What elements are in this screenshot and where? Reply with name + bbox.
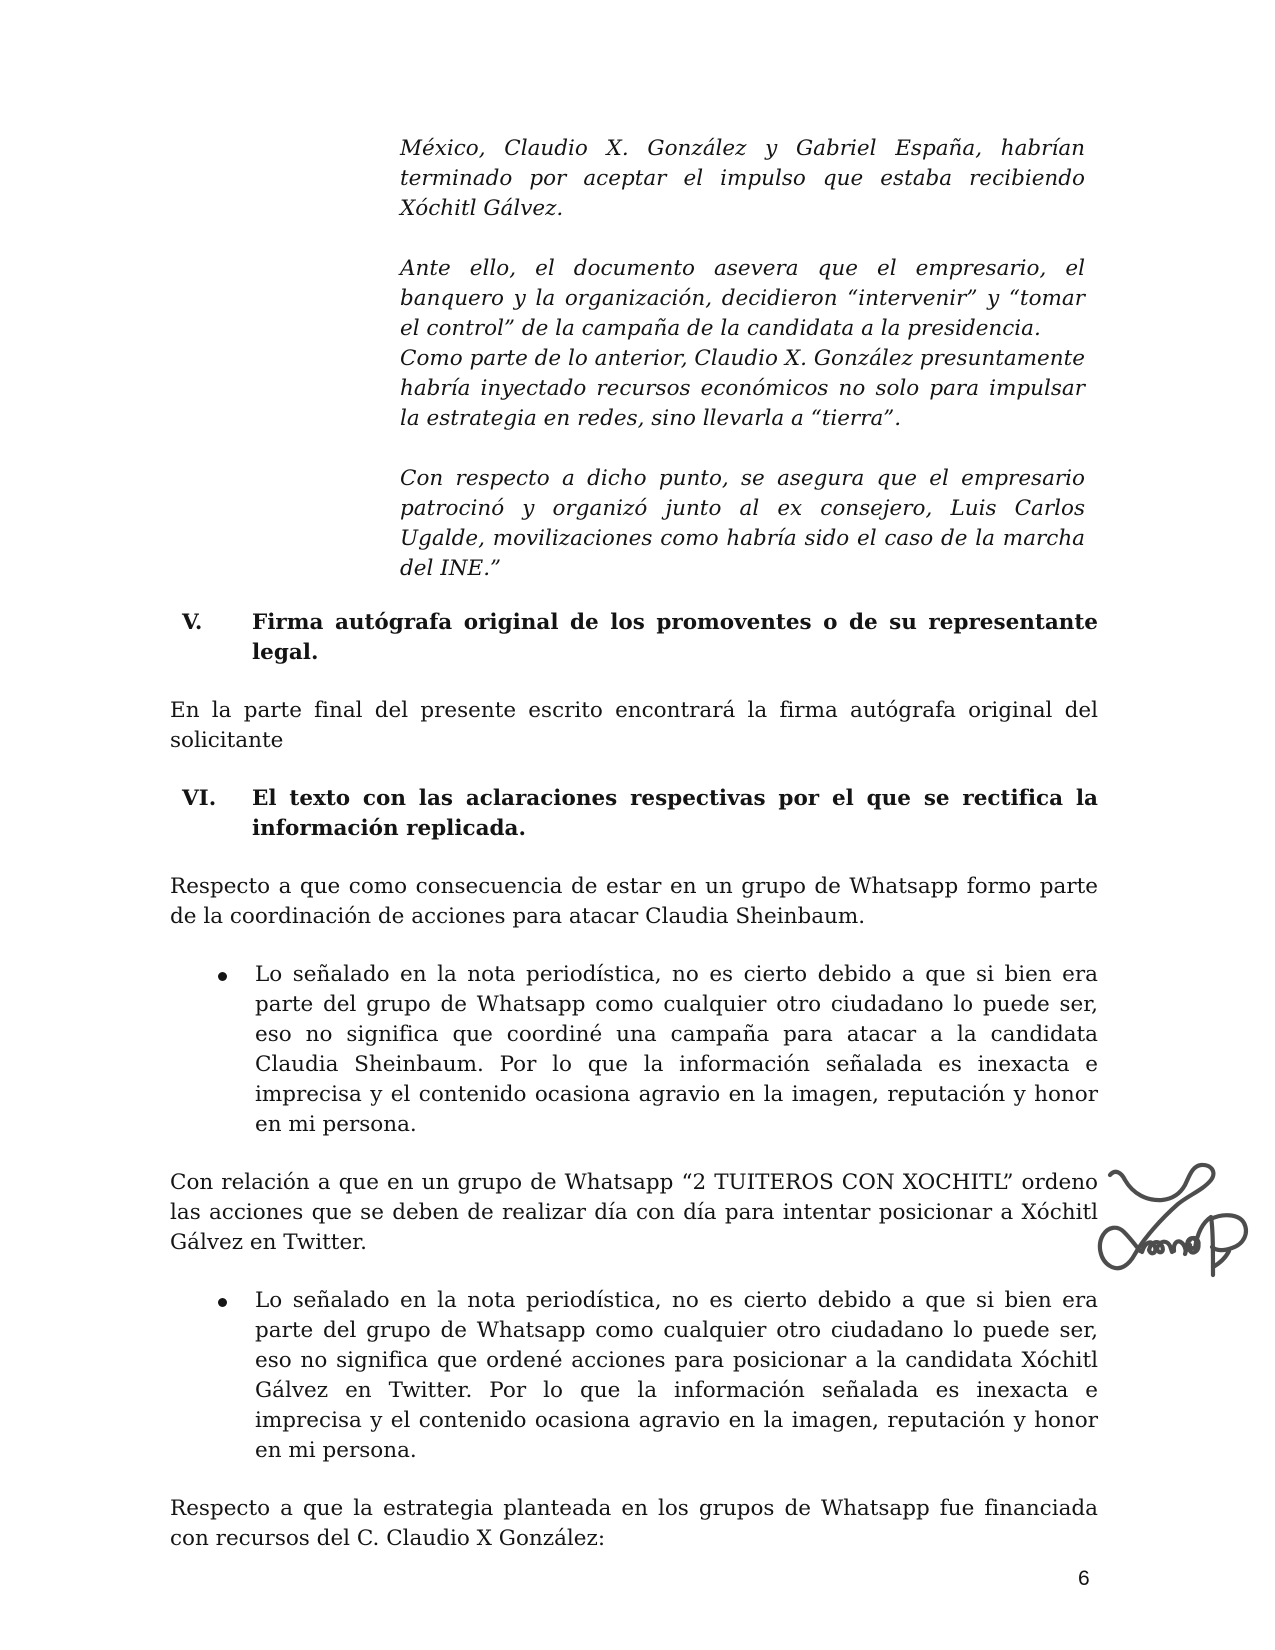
bullet-item-coordinacion: Lo señalado en la nota periodística, no … bbox=[170, 960, 1098, 1140]
bullet-icon bbox=[170, 1286, 255, 1466]
quote-paragraph-2: Ante ello, el documento asevera que el e… bbox=[400, 254, 1085, 344]
page-content: México, Claudio X. González y Gabriel Es… bbox=[170, 134, 1098, 1582]
page-number: 6 bbox=[1078, 1564, 1090, 1594]
quote-paragraph-4: Con respecto a dicho punto, se asegura q… bbox=[400, 464, 1085, 584]
quoted-excerpt: México, Claudio X. González y Gabriel Es… bbox=[400, 134, 1085, 584]
paragraph-tuiteros: Con relación a que en un grupo de Whatsa… bbox=[170, 1168, 1098, 1258]
section-vi-number: VI. bbox=[170, 784, 252, 844]
bullet-item-tuiteros: Lo señalado en la nota periodística, no … bbox=[170, 1286, 1098, 1466]
document-page: México, Claudio X. González y Gabriel Es… bbox=[0, 0, 1275, 1650]
section-vi-heading: VI. El texto con las aclaraciones respec… bbox=[170, 784, 1098, 844]
paragraph-financiada: Respecto a que la estrategia planteada e… bbox=[170, 1494, 1098, 1554]
section-v-title: Firma autógrafa original de los promoven… bbox=[252, 608, 1098, 668]
bullet-list-coordinacion: Lo señalado en la nota periodística, no … bbox=[170, 960, 1098, 1140]
paragraph-firma-autografa: En la parte final del presente escrito e… bbox=[170, 696, 1098, 756]
quote-paragraph-1: México, Claudio X. González y Gabriel Es… bbox=[400, 134, 1085, 224]
handwritten-signature bbox=[1092, 1155, 1257, 1287]
bullet-text-coordinacion: Lo señalado en la nota periodística, no … bbox=[255, 960, 1098, 1140]
bullet-text-tuiteros: Lo señalado en la nota periodística, no … bbox=[255, 1286, 1098, 1466]
section-v-heading: V. Firma autógrafa original de los promo… bbox=[170, 608, 1098, 668]
bullet-list-tuiteros: Lo señalado en la nota periodística, no … bbox=[170, 1286, 1098, 1466]
paragraph-whatsapp-coordinacion: Respecto a que como consecuencia de esta… bbox=[170, 872, 1098, 932]
section-vi-title: El texto con las aclaraciones respectiva… bbox=[252, 784, 1098, 844]
quote-paragraph-3: Como parte de lo anterior, Claudio X. Go… bbox=[400, 344, 1085, 434]
bullet-icon bbox=[170, 960, 255, 1140]
section-v-number: V. bbox=[170, 608, 252, 668]
